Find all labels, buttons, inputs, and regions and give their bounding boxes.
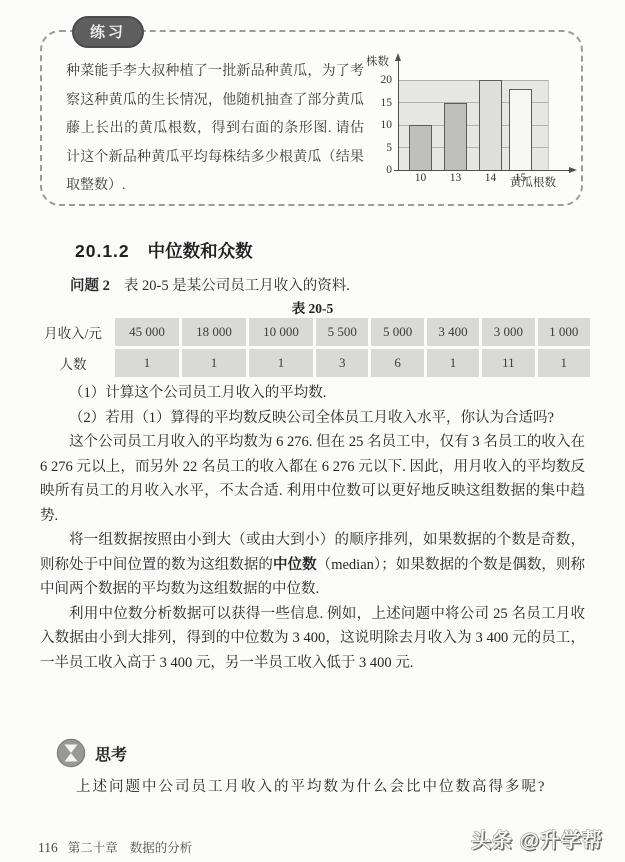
problem-text: 表 20-5 是某公司员工月收入的资料.	[124, 278, 350, 294]
question-1: （1）计算这个公司员工月收入的平均数.	[40, 381, 585, 406]
body-text: （1）计算这个公司员工月收入的平均数. （2）若用（1）算得的平均数反映公司全体…	[40, 381, 585, 675]
bar-chart: 株数 05101520 10131415 黄瓜根数	[364, 52, 582, 198]
section-heading: 20.1.2中位数和众数	[75, 238, 253, 263]
chart-y-axis-label: 株数	[366, 53, 389, 69]
row-header-income: 月收入/元	[34, 318, 112, 346]
table-cell: 1 000	[538, 318, 590, 346]
paragraph-median-example: 利用中位数分析数据可以获得一些信息. 例如，上述问题中将公司 25 名员工月收入…	[40, 602, 585, 676]
x-axis-line	[394, 170, 572, 171]
think-section: 思考 上述问题中公司员工月收入的平均数为什么会比中位数高得多呢?	[56, 738, 576, 800]
y-tick-label: 10	[364, 118, 392, 132]
chapter-number: 第二十章	[68, 841, 118, 855]
chart-bars	[399, 80, 549, 170]
hourglass-think-icon	[56, 738, 86, 768]
section-title: 中位数和众数	[148, 241, 253, 261]
table-cell: 1	[115, 349, 179, 377]
page-footer: 116第二十章数据的分析	[38, 838, 192, 856]
table-row-income: 月收入/元 45 000 18 000 10 000 5 500 5 000 3…	[34, 318, 590, 346]
y-tick-label: 15	[364, 96, 392, 110]
table-cell: 1	[538, 349, 590, 377]
table-cell: 5 000	[371, 318, 423, 346]
table-cell: 10 000	[249, 318, 313, 346]
bar-14	[479, 80, 502, 170]
table-cell: 3	[316, 349, 368, 377]
x-axis-arrow-icon	[569, 167, 577, 173]
row-header-count: 人数	[34, 349, 112, 377]
problem-label: 问题 2	[70, 278, 110, 294]
bar-15	[509, 89, 532, 170]
bar-13	[444, 103, 467, 171]
table-cell: 1	[249, 349, 313, 377]
table-cell: 6	[371, 349, 423, 377]
paragraph-average-discussion: 这个公司员工月收入的平均数为 6 276. 但在 25 名员工中，仅有 3 名员…	[40, 430, 585, 528]
table-row-count: 人数 1 1 1 3 6 1 11 1	[34, 349, 590, 377]
practice-problem-text: 种菜能手李大叔种植了一批新品种黄瓜，为了考察这种黄瓜的生长情况，他随机抽查了部分…	[66, 58, 364, 201]
table-cell: 5 500	[316, 318, 368, 346]
practice-box: 种菜能手李大叔种植了一批新品种黄瓜，为了考察这种黄瓜的生长情况，他随机抽查了部分…	[40, 30, 583, 206]
think-label: 思考	[95, 742, 127, 765]
paragraph-median-definition: 将一组数据按照由小到大（或由大到小）的顺序排列，如果数据的个数是奇数，则称处于中…	[40, 528, 585, 602]
chart-x-axis-label: 黄瓜根数	[510, 174, 556, 190]
table-cell: 1	[427, 349, 479, 377]
y-tick-label: 0	[364, 163, 392, 177]
x-tick-label: 13	[444, 172, 467, 184]
bar-10	[409, 125, 432, 170]
watermark: 头条 @升学帮	[471, 824, 603, 853]
think-header: 思考	[56, 738, 576, 768]
x-tick-label: 14	[479, 172, 502, 184]
table-cell: 3 000	[482, 318, 534, 346]
median-term: 中位数	[273, 557, 317, 573]
think-question: 上述问题中公司员工月收入的平均数为什么会比中位数高得多呢?	[76, 775, 576, 800]
page-number: 116	[38, 840, 58, 855]
income-table: 月收入/元 45 000 18 000 10 000 5 500 5 000 3…	[31, 315, 593, 380]
y-tick-label: 5	[364, 141, 392, 155]
chapter-title: 数据的分析	[130, 841, 193, 855]
problem-line: 问题 2表 20-5 是某公司员工月收入的资料.	[70, 274, 350, 295]
textbook-page: 练习 种菜能手李大叔种植了一批新品种黄瓜，为了考察这种黄瓜的生长情况，他随机抽查…	[0, 0, 625, 862]
section-number: 20.1.2	[75, 241, 130, 261]
y-tick-label: 20	[364, 73, 392, 87]
table-cell: 3 400	[427, 318, 479, 346]
table-caption: 表 20-5	[0, 297, 625, 317]
practice-badge: 练习	[72, 16, 144, 48]
table-cell: 1	[182, 349, 246, 377]
table-cell: 11	[482, 349, 534, 377]
question-2: （2）若用（1）算得的平均数反映公司全体员工月收入水平，你认为合适吗?	[40, 406, 585, 431]
x-tick-label: 10	[409, 172, 432, 184]
table-cell: 18 000	[182, 318, 246, 346]
y-tick-labels: 05101520	[364, 80, 394, 170]
table-cell: 45 000	[115, 318, 179, 346]
